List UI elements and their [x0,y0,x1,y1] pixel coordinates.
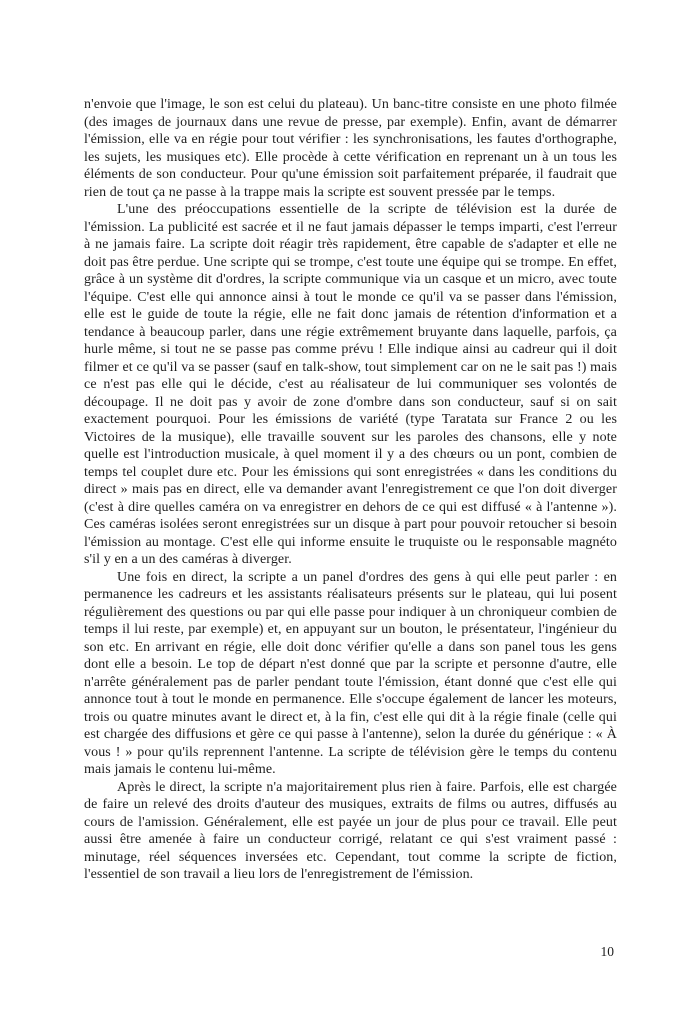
document-page: n'envoie que l'image, le son est celui d… [0,0,700,1028]
page-number: 10 [601,943,615,960]
paragraph: L'une des préoccupations essentielle de … [84,201,617,569]
paragraph-continuation: n'envoie que l'image, le son est celui d… [84,96,617,201]
text-block: n'envoie que l'image, le son est celui d… [84,96,617,884]
paragraph: Après le direct, la scripte n'a majorita… [84,779,617,884]
paragraph: Une fois en direct, la scripte a un pane… [84,569,617,779]
